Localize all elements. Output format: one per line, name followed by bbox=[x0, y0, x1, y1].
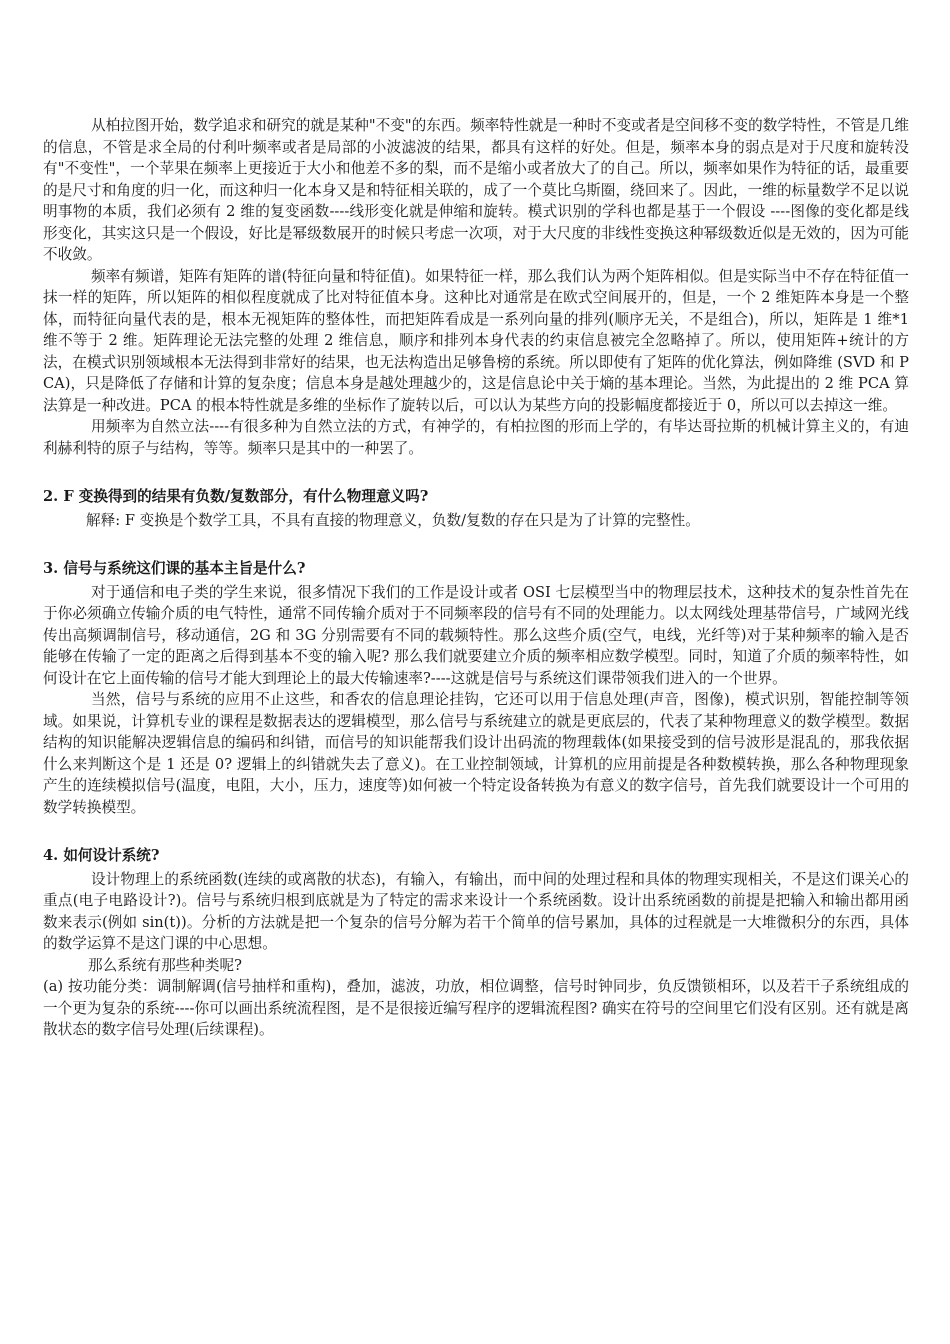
section-intro: 从柏拉图开始，数学追求和研究的就是某种"不变"的东西。频率特性就是一种时不变或者… bbox=[43, 115, 909, 459]
question-3-heading: 3. 信号与系统这们课的基本主旨是什么? bbox=[43, 558, 909, 580]
question-2-answer: 解释: F 变换是个数学工具，不具有直接的物理意义，负数/复数的存在只是为了计算… bbox=[43, 510, 909, 532]
section-spacer bbox=[43, 459, 909, 486]
question-4-heading: 4. 如何设计系统? bbox=[43, 845, 909, 867]
section-question-3: 3. 信号与系统这们课的基本主旨是什么? 对于通信和电子类的学生来说，很多情况下… bbox=[43, 558, 909, 818]
paragraph-matrix-spectrum: 频率有频谱，矩阵有矩阵的谱(特征向量和特征值)。如果特征一样，那么我们认为两个矩… bbox=[43, 266, 909, 417]
section-question-4: 4. 如何设计系统? 设计物理上的系统函数(连续的或离散的状态)，有输入，有输出… bbox=[43, 845, 909, 1041]
paragraph-system-function: 设计物理上的系统函数(连续的或离散的状态)，有输入，有输出，而中间的处理过程和具… bbox=[43, 869, 909, 955]
document-page: 从柏拉图开始，数学追求和研究的就是某种"不变"的东西。频率特性就是一种时不变或者… bbox=[43, 115, 909, 1041]
paragraph-invariance: 从柏拉图开始，数学追求和研究的就是某种"不变"的东西。频率特性就是一种时不变或者… bbox=[43, 115, 909, 266]
paragraph-natural-law: 用频率为自然立法----有很多种为自然立法的方式，有神学的，有柏拉图的形而上学的… bbox=[43, 416, 909, 459]
section-spacer bbox=[43, 818, 909, 845]
section-question-2: 2. F 变换得到的结果有负数/复数部分，有什么物理意义吗? 解释: F 变换是… bbox=[43, 486, 909, 531]
section-spacer bbox=[43, 531, 909, 558]
paragraph-applications: 当然，信号与系统的应用不止这些，和香农的信息理论挂钩，它还可以用于信息处理(声音… bbox=[43, 689, 909, 818]
question-2-heading: 2. F 变换得到的结果有负数/复数部分，有什么物理意义吗? bbox=[43, 486, 909, 508]
paragraph-classification-by-function: (a) 按功能分类：调制解调(信号抽样和重构)，叠加，滤波，功放，相位调整，信号… bbox=[43, 976, 909, 1041]
paragraph-physical-layer: 对于通信和电子类的学生来说，很多情况下我们的工作是设计或者 OSI 七层模型当中… bbox=[43, 582, 909, 690]
paragraph-system-types-question: 那么系统有那些种类呢? bbox=[43, 955, 909, 977]
